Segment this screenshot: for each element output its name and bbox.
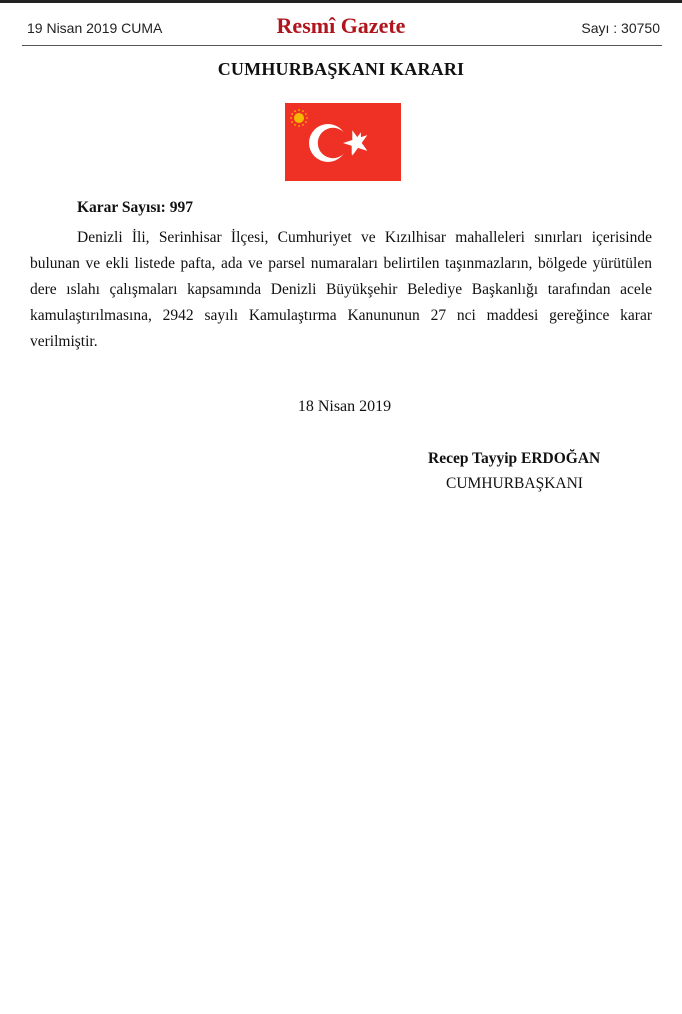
document-title: CUMHURBAŞKANI KARARI — [0, 59, 682, 80]
signatory-title: CUMHURBAŞKANI — [446, 475, 583, 493]
decision-number: Karar Sayısı: 997 — [77, 199, 193, 217]
decision-date: 18 Nisan 2019 — [0, 398, 682, 416]
header-divider — [22, 45, 662, 46]
turkish-flag-icon — [285, 103, 401, 181]
top-border — [0, 0, 682, 3]
decision-body: Denizli İli, Serinhisar İlçesi, Cumhuriy… — [30, 225, 652, 355]
publication-title: Resmî Gazete — [0, 13, 682, 39]
issue-number: Sayı : 30750 — [581, 20, 660, 36]
signatory-name: Recep Tayyip ERDOĞAN — [428, 450, 600, 468]
